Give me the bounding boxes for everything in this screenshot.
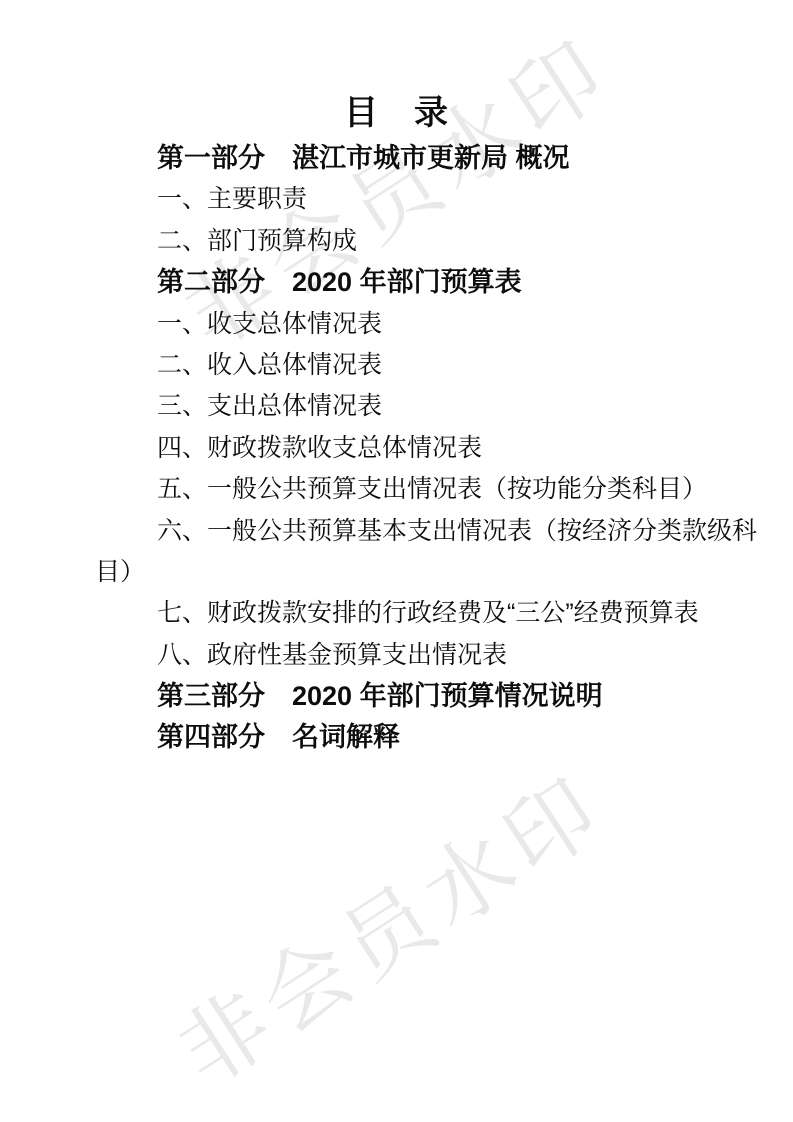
toc-list: 第一部分 湛江市城市更新局 概况一、主要职责二、部门预算构成第二部分 2020 … bbox=[95, 138, 698, 759]
toc-entry: 四、财政拨款收支总体情况表 bbox=[95, 428, 698, 469]
document-content: 目 录 第一部分 湛江市城市更新局 概况一、主要职责二、部门预算构成第二部分 2… bbox=[95, 88, 698, 759]
toc-entry: 三、支出总体情况表 bbox=[95, 386, 698, 427]
toc-entry: 二、收入总体情况表 bbox=[95, 345, 698, 386]
toc-entry: 目） bbox=[95, 552, 698, 593]
toc-entry: 二、部门预算构成 bbox=[95, 221, 698, 262]
toc-entry: 八、政府性基金预算支出情况表 bbox=[95, 635, 698, 676]
document-page: 非会员水印 非会员水印 目 录 第一部分 湛江市城市更新局 概况一、主要职责二、… bbox=[0, 0, 793, 1122]
toc-entry: 六、一般公共预算基本支出情况表（按经济分类款级科 bbox=[95, 511, 698, 552]
toc-section-heading: 第一部分 湛江市城市更新局 概况 bbox=[95, 138, 698, 179]
toc-entry: 一、收支总体情况表 bbox=[95, 304, 698, 345]
toc-entry: 七、财政拨款安排的行政经费及“三公”经费预算表 bbox=[95, 593, 698, 634]
toc-section-heading: 第四部分 名词解释 bbox=[95, 717, 698, 758]
toc-entry: 五、一般公共预算支出情况表（按功能分类科目） bbox=[95, 469, 698, 510]
toc-section-heading: 第三部分 2020 年部门预算情况说明 bbox=[95, 676, 698, 717]
page-title: 目 录 bbox=[95, 88, 698, 138]
toc-entry: 一、主要职责 bbox=[95, 179, 698, 220]
watermark-text-bottom: 非会员水印 bbox=[150, 740, 625, 1110]
toc-section-heading: 第二部分 2020 年部门预算表 bbox=[95, 262, 698, 303]
